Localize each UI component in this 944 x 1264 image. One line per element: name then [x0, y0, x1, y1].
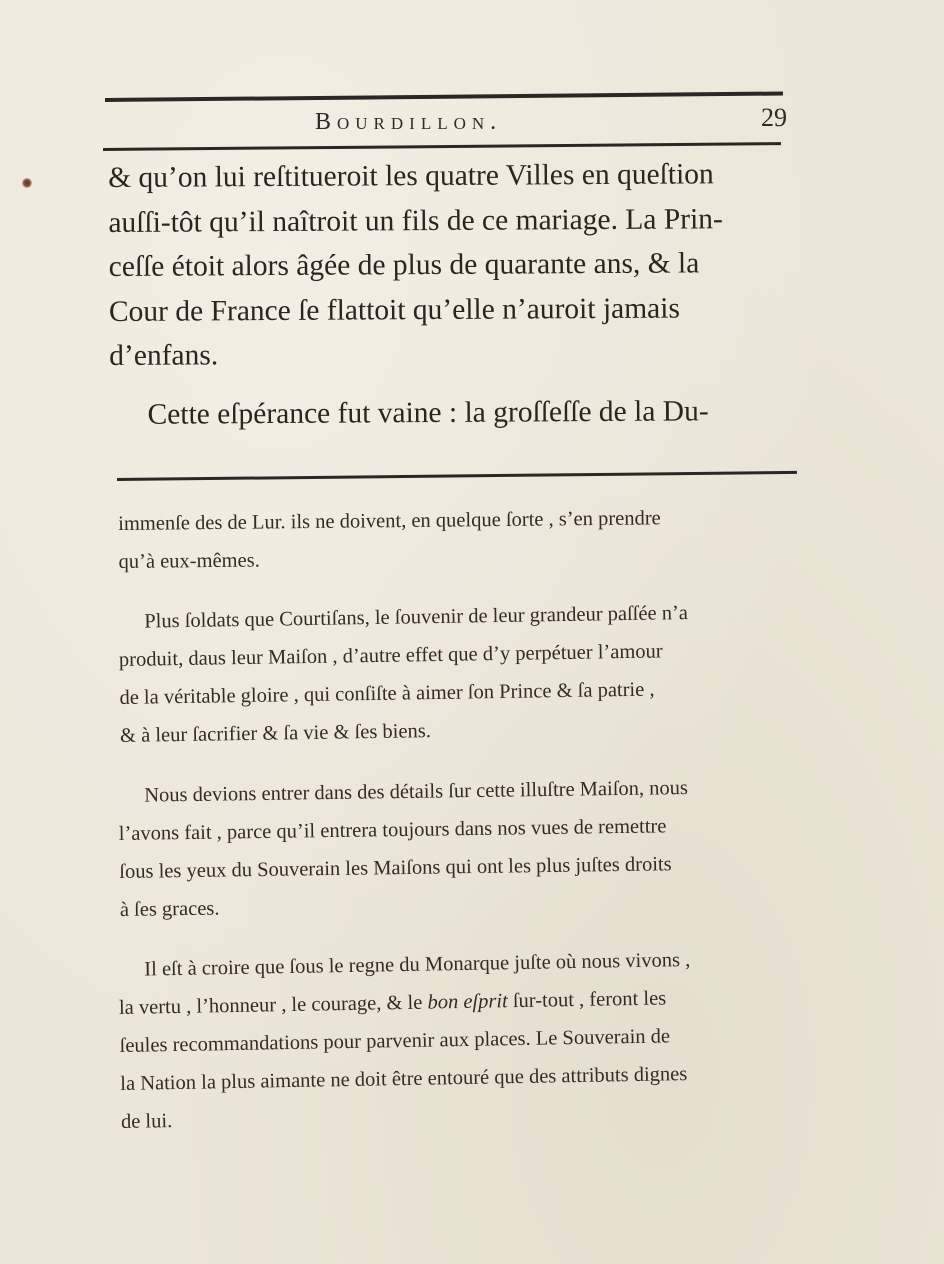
note-paragraph-1: immenſe des de Lur. ils ne doivent, en q… — [118, 498, 829, 581]
footnote-separator-rule — [117, 471, 797, 481]
note-line: qu’à eux-mêmes. — [118, 536, 828, 581]
page-number: 29 — [761, 103, 787, 133]
text-line: d’enfans. — [109, 330, 799, 379]
book-page: Bourdillon. 29 & qu’on lui reſtitueroit … — [0, 0, 944, 1264]
note-paragraph-2: Plus ſoldats que Courtiſans, le ſouvenir… — [118, 592, 830, 755]
footnotes: immenſe des de Lur. ils ne doivent, en q… — [118, 505, 828, 1163]
text-line: Cette eſpérance fut vaine : la groſſeſſe… — [147, 388, 799, 436]
italic-emphasis: bon eſprit — [427, 990, 508, 1013]
header-top-rule — [105, 91, 783, 102]
note-paragraph-3: Nous devions entrer dans des détails ſur… — [118, 767, 830, 929]
text-line: auſſi-tôt qu’il naîtroit un fils de ce m… — [108, 196, 798, 245]
text-line: Cour de France ſe flattoit qu’elle n’aur… — [109, 285, 799, 334]
note-text: la vertu , l’honneur , le courage, & le — [119, 992, 428, 1019]
running-header: Bourdillon. 29 — [105, 103, 795, 145]
running-title: Bourdillon. — [315, 109, 502, 136]
note-text: ſur-tout , feront les — [508, 987, 667, 1012]
main-paragraph-1: & qu’on lui reſtitueroit les quatre Vill… — [108, 152, 799, 379]
main-body-text: & qu’on lui reſtitueroit les quatre Vill… — [108, 152, 800, 437]
text-line: ceſſe étoit alors âgée de plus de quaran… — [109, 241, 799, 290]
note-paragraph-4: Il eſt à croire que ſous le regne du Mon… — [118, 939, 831, 1141]
main-paragraph-2: Cette eſpérance fut vaine : la groſſeſſe… — [109, 388, 799, 437]
paper-stain — [22, 178, 32, 188]
text-line: & qu’on lui reſtitueroit les quatre Vill… — [108, 152, 798, 201]
